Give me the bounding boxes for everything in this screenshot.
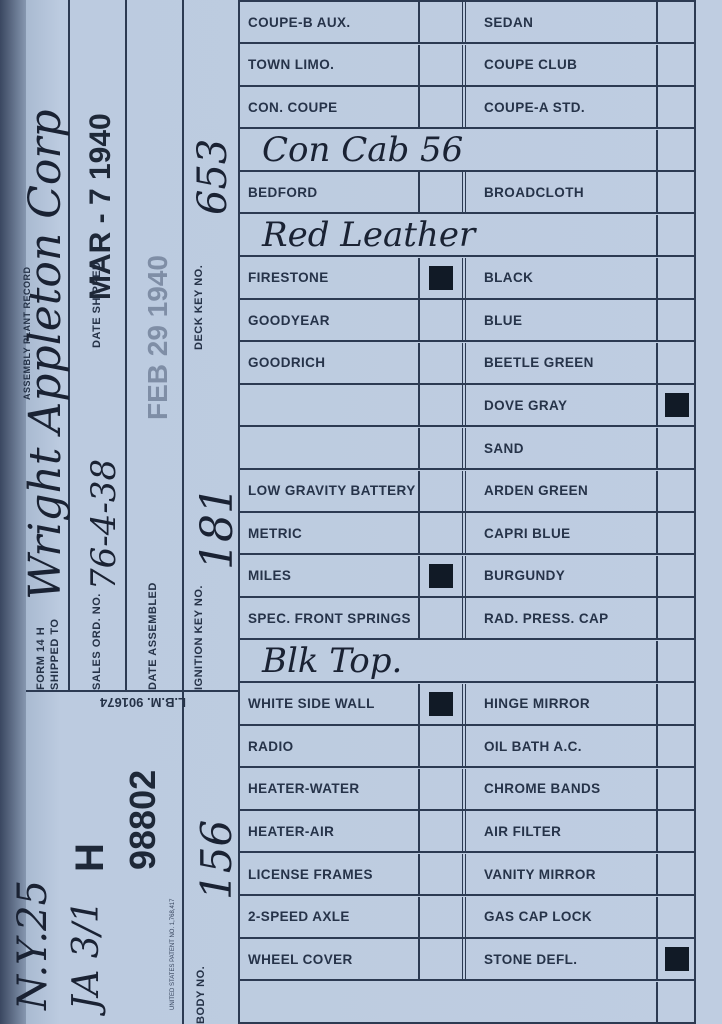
option-label-right: VANITY MIRROR [470, 854, 658, 894]
checkbox-right[interactable] [658, 726, 696, 766]
checkbox-right[interactable] [658, 428, 696, 468]
option-text: TOWN LIMO. [248, 57, 334, 73]
option-text: ARDEN GREEN [484, 483, 588, 499]
option-row: SPEC. FRONT SPRINGSRAD. PRESS. CAP [240, 598, 696, 640]
checkbox-left[interactable] [420, 343, 466, 383]
option-row: GOODRICHBEETLE GREEN [240, 343, 696, 385]
option-text: WHITE SIDE WALL [248, 696, 375, 712]
checkbox-left[interactable] [420, 258, 466, 298]
option-label-left: CON. COUPE [240, 87, 420, 127]
option-row: DOVE GRAY [240, 385, 696, 427]
option-label-left: WHITE SIDE WALL [240, 684, 420, 724]
ignition-key-value: 181 [192, 486, 243, 570]
option-row: WHITE SIDE WALLHINGE MIRROR [240, 684, 696, 726]
option-text: SPEC. FRONT SPRINGS [248, 611, 411, 627]
option-label-right: ARDEN GREEN [470, 471, 658, 511]
option-label-left: MILES [240, 556, 420, 596]
option-label-right: COUPE-A STD. [470, 87, 658, 127]
option-label-right: COUPE CLUB [470, 45, 658, 85]
date-shipped-value: MAR - 7 1940 [84, 113, 118, 300]
deck-key-label: DECK KEY NO. [194, 265, 205, 350]
option-text: BROADCLOTH [484, 185, 584, 201]
checkbox-right[interactable] [658, 811, 696, 851]
option-text: CHROME BANDS [484, 781, 601, 797]
checkbox-right[interactable] [658, 556, 696, 596]
handwritten-entry [240, 982, 658, 1022]
checkbox-right[interactable] [658, 513, 696, 553]
option-text: CAPRI BLUE [484, 525, 571, 541]
checkbox-right[interactable] [658, 641, 696, 681]
checkbox-right[interactable] [658, 172, 696, 212]
option-label-left: SPEC. FRONT SPRINGS [240, 598, 420, 638]
checkbox-right[interactable] [658, 130, 696, 170]
option-text: BLACK [484, 270, 533, 286]
handwritten-text: Con Cab 56 [262, 130, 463, 170]
checkbox-left[interactable] [420, 939, 466, 979]
option-label-left: HEATER-AIR [240, 811, 420, 851]
option-text: VANITY MIRROR [484, 866, 596, 882]
handwritten-row: Con Cab 56 [240, 130, 696, 172]
checkbox-left[interactable] [420, 45, 466, 85]
option-text: 2-SPEED AXLE [248, 909, 350, 925]
option-row: TOWN LIMO.COUPE CLUB [240, 45, 696, 87]
divider [125, 0, 127, 690]
checkbox-right[interactable] [658, 343, 696, 383]
date-assembled-label: DATE ASSEMBLED [148, 582, 159, 690]
option-row: RADIOOIL BATH A.C. [240, 726, 696, 768]
option-label-right: BLUE [470, 300, 658, 340]
checked-mark [429, 692, 453, 716]
option-row: CON. COUPECOUPE-A STD. [240, 87, 696, 129]
checkbox-left[interactable] [420, 471, 466, 511]
option-text: HINGE MIRROR [484, 696, 590, 712]
option-text: GOODYEAR [248, 312, 330, 328]
option-row: FIRESTONEBLACK [240, 258, 696, 300]
option-label-right: SEDAN [470, 2, 658, 42]
checkbox-right[interactable] [658, 854, 696, 894]
option-text: RADIO [248, 738, 294, 754]
handwritten-row: Red Leather [240, 215, 696, 257]
sales-ord-value: 76-4-38 [84, 459, 124, 590]
checkbox-left[interactable] [420, 300, 466, 340]
deck-key-value: 653 [190, 139, 236, 215]
grid-right-edge [694, 0, 696, 1024]
option-text: SAND [484, 440, 524, 456]
option-label-right: AIR FILTER [470, 811, 658, 851]
body-no-label: BODY NO. [196, 966, 207, 1024]
checkbox-right[interactable] [658, 939, 696, 979]
option-label-left: GOODYEAR [240, 300, 420, 340]
option-text: GOODRICH [248, 355, 325, 371]
option-row: LICENSE FRAMESVANITY MIRROR [240, 854, 696, 896]
option-label-left [240, 428, 420, 468]
checked-mark [665, 947, 689, 971]
option-row: MILESBURGUNDY [240, 556, 696, 598]
option-label-right: HINGE MIRROR [470, 684, 658, 724]
option-label-right: RAD. PRESS. CAP [470, 598, 658, 638]
sales-ord-label: SALES ORD. NO. [92, 593, 103, 690]
option-text: BEETLE GREEN [484, 355, 594, 371]
stamped-number: 98802 [122, 770, 164, 870]
checkbox-left[interactable] [420, 897, 466, 937]
option-row: SAND [240, 428, 696, 470]
option-label-left: WHEEL COVER [240, 939, 420, 979]
checkbox-right[interactable] [658, 258, 696, 298]
option-text: STONE DEFL. [484, 951, 577, 967]
divider [240, 0, 696, 2]
option-label-right: CHROME BANDS [470, 769, 658, 809]
option-row: METRICCAPRI BLUE [240, 513, 696, 555]
option-label-left: METRIC [240, 513, 420, 553]
checkbox-left[interactable] [420, 726, 466, 766]
option-label-left: 2-SPEED AXLE [240, 897, 420, 937]
option-label-right: SAND [470, 428, 658, 468]
shipped-to-label: SHIPPED TO [50, 619, 61, 690]
option-row: GOODYEARBLUE [240, 300, 696, 342]
handwritten-row [240, 982, 696, 1024]
handwritten-note-2: JA 3/1 [66, 900, 107, 1010]
divider [182, 0, 184, 1024]
option-label-right: STONE DEFL. [470, 939, 658, 979]
option-label-left: GOODRICH [240, 343, 420, 383]
checkbox-left[interactable] [420, 172, 466, 212]
option-text: HEATER-AIR [248, 824, 334, 840]
checkbox-left[interactable] [420, 428, 466, 468]
option-label-left: LICENSE FRAMES [240, 854, 420, 894]
handwritten-text: Blk Top. [262, 641, 402, 681]
assembly-record-card: FORM 14 H SHIPPED TO ASSEMBLY PLANT RECO… [0, 0, 722, 1024]
stamped-letter: H [68, 843, 113, 872]
lbm-number: L.B.M. 901674 [100, 695, 186, 710]
option-row: WHEEL COVERSTONE DEFL. [240, 939, 696, 981]
shipped-to-value: Wright Appleton Corp [20, 109, 71, 600]
checkbox-right[interactable] [658, 45, 696, 85]
option-label-left: HEATER-WATER [240, 769, 420, 809]
checkbox-right[interactable] [658, 385, 696, 425]
handwritten-text: Red Leather [262, 215, 475, 255]
divider [26, 690, 238, 692]
option-label-left: FIRESTONE [240, 258, 420, 298]
option-text: AIR FILTER [484, 824, 561, 840]
option-text: COUPE-B AUX. [248, 14, 351, 30]
checkbox-left[interactable] [420, 854, 466, 894]
option-text: MILES [248, 568, 291, 584]
checkbox-right[interactable] [658, 982, 696, 1022]
checkbox-left[interactable] [420, 556, 466, 596]
option-label-left: COUPE-B AUX. [240, 2, 420, 42]
handwritten-row: Blk Top. [240, 641, 696, 683]
checked-mark [429, 564, 453, 588]
option-label-left [240, 385, 420, 425]
option-row: HEATER-WATERCHROME BANDS [240, 769, 696, 811]
checkbox-right[interactable] [658, 215, 696, 255]
ignition-key-label: IGNITION KEY NO. [194, 585, 205, 690]
handwritten-entry: Blk Top. [240, 641, 658, 681]
checkbox-left[interactable] [420, 385, 466, 425]
checkbox-left[interactable] [420, 598, 466, 638]
checked-mark [665, 393, 689, 417]
body-no-value: 156 [192, 820, 241, 900]
option-label-left: RADIO [240, 726, 420, 766]
date-assembled-value: FEB 29 1940 [142, 255, 174, 420]
checkbox-left[interactable] [420, 769, 466, 809]
option-text: LOW GRAVITY BATTERY [248, 483, 416, 499]
checked-mark [429, 266, 453, 290]
option-label-right: DOVE GRAY [470, 385, 658, 425]
checkbox-left[interactable] [420, 811, 466, 851]
checkbox-right[interactable] [658, 471, 696, 511]
checkbox-left[interactable] [420, 87, 466, 127]
option-row: BEDFORDBROADCLOTH [240, 172, 696, 214]
option-text: FIRESTONE [248, 270, 329, 286]
option-text: OIL BATH A.C. [484, 738, 582, 754]
option-text: LICENSE FRAMES [248, 866, 373, 882]
option-row: HEATER-AIRAIR FILTER [240, 811, 696, 853]
option-row: 2-SPEED AXLEGAS CAP LOCK [240, 897, 696, 939]
option-text: COUPE CLUB [484, 57, 577, 73]
checkbox-right[interactable] [658, 769, 696, 809]
option-row: COUPE-B AUX.SEDAN [240, 2, 696, 44]
patent-text: UNITED STATES PATENT NO. 1,768,417 [170, 899, 176, 1010]
option-label-left: LOW GRAVITY BATTERY [240, 471, 420, 511]
checkbox-right[interactable] [658, 300, 696, 340]
option-label-right: BURGUNDY [470, 556, 658, 596]
option-text: METRIC [248, 525, 302, 541]
checkbox-right[interactable] [658, 87, 696, 127]
checkbox-right[interactable] [658, 598, 696, 638]
checkbox-right[interactable] [658, 897, 696, 937]
option-row: LOW GRAVITY BATTERYARDEN GREEN [240, 471, 696, 513]
option-label-right: GAS CAP LOCK [470, 897, 658, 937]
form-label: FORM 14 H [36, 627, 47, 690]
option-text: CON. COUPE [248, 99, 338, 115]
option-text: BLUE [484, 312, 522, 328]
option-text: BEDFORD [248, 185, 318, 201]
option-text: COUPE-A STD. [484, 99, 585, 115]
option-text: DOVE GRAY [484, 398, 567, 414]
option-label-right: CAPRI BLUE [470, 513, 658, 553]
option-label-left: BEDFORD [240, 172, 420, 212]
option-label-left: TOWN LIMO. [240, 45, 420, 85]
checkbox-right[interactable] [658, 2, 696, 42]
option-text: HEATER-WATER [248, 781, 360, 797]
handwritten-entry: Red Leather [240, 215, 658, 255]
checkbox-right[interactable] [658, 684, 696, 724]
option-label-right: BLACK [470, 258, 658, 298]
handwritten-entry: Con Cab 56 [240, 130, 658, 170]
option-label-right: BEETLE GREEN [470, 343, 658, 383]
option-text: RAD. PRESS. CAP [484, 611, 609, 627]
option-text: SEDAN [484, 14, 533, 30]
handwritten-note-1: N.Y.25 [10, 880, 56, 1010]
checkbox-left[interactable] [420, 2, 466, 42]
option-text: GAS CAP LOCK [484, 909, 592, 925]
option-label-right: BROADCLOTH [470, 172, 658, 212]
option-text: WHEEL COVER [248, 951, 353, 967]
checkbox-left[interactable] [420, 513, 466, 553]
checkbox-left[interactable] [420, 684, 466, 724]
option-label-right: OIL BATH A.C. [470, 726, 658, 766]
option-text: BURGUNDY [484, 568, 565, 584]
